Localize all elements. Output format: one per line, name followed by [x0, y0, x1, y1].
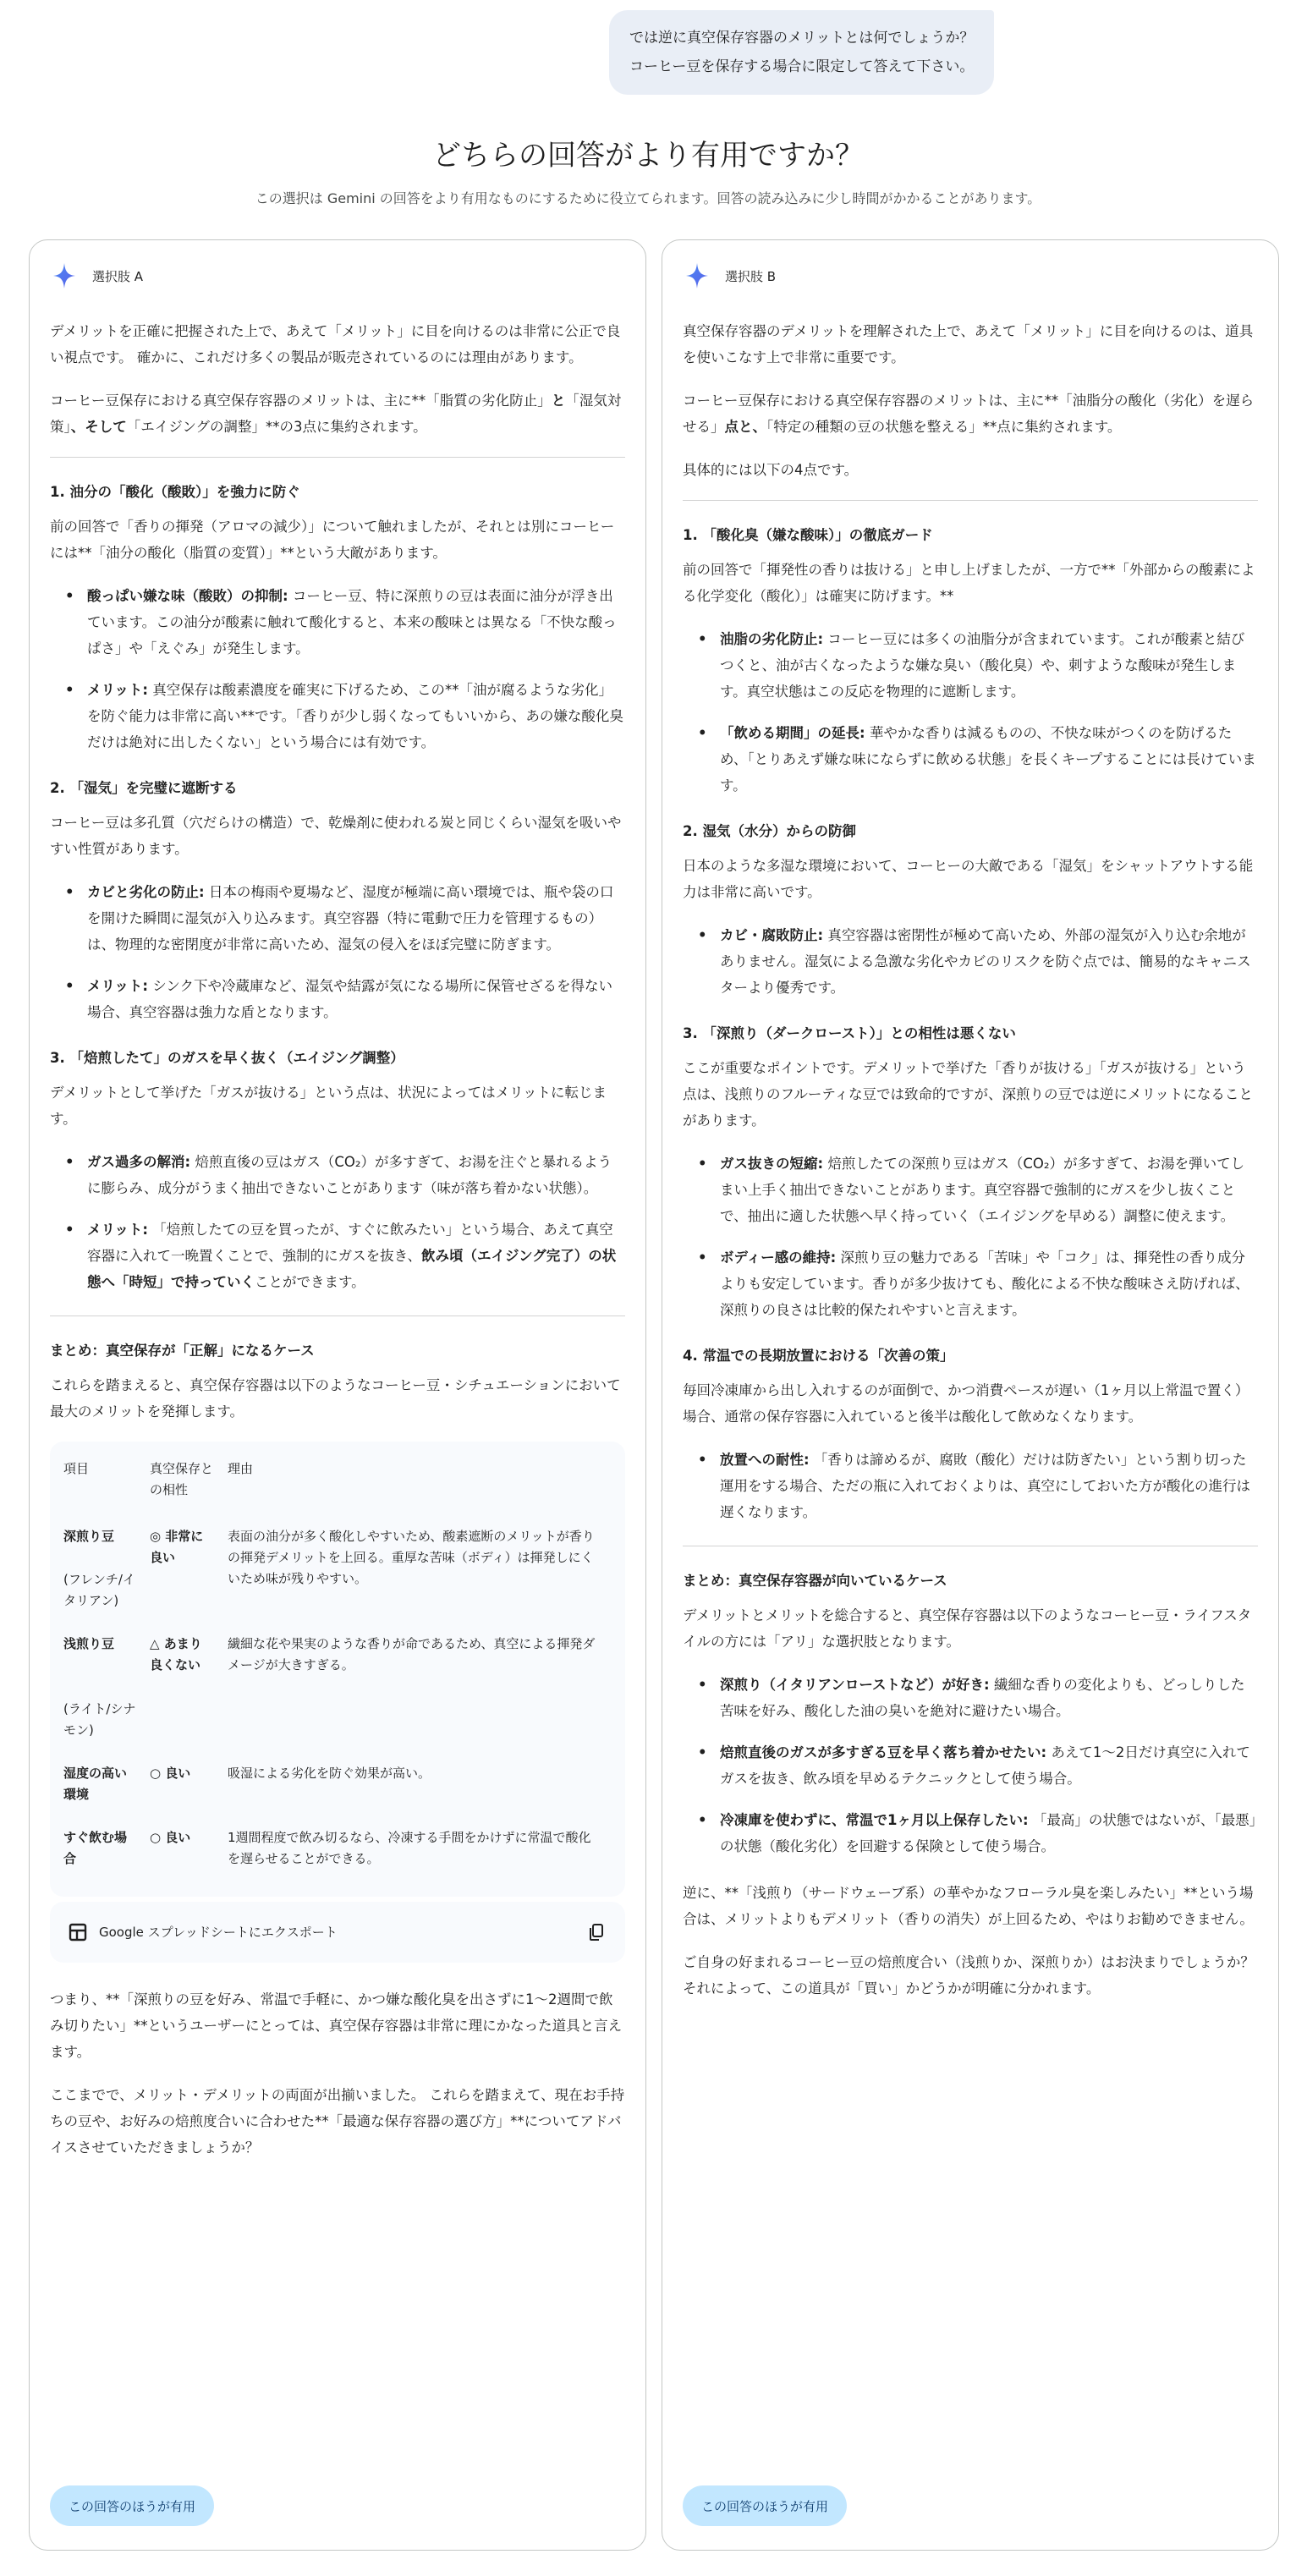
paragraph: コーヒー豆は多孔質（穴だらけの構造）で、乾燥剤に使われる炭と同じくらい湿気を吸い…: [50, 810, 625, 862]
column-header: 理由: [228, 1452, 612, 1519]
item-subtext: (ライト/シナモン): [63, 1699, 136, 1741]
table-grid-icon: [69, 1923, 87, 1942]
export-label: Google スプレッドシートにエクスポート: [99, 1920, 338, 1946]
list-item: 焙煎直後のガスが多すぎる豆を早く落ち着かせたい: あえて1〜2日だけ真空に入れて…: [720, 1739, 1258, 1792]
list-item: カビと劣化の防止: 日本の梅雨や夏場など、湿度が極端に高い環境では、瓶や袋の口を…: [87, 879, 625, 958]
table-row: 湿度の高い環境 ○ 良い 吸湿による劣化を防ぐ効果が高い。: [63, 1756, 612, 1821]
bullet-label: メリット:: [87, 978, 148, 994]
copy-icon: [588, 1923, 605, 1942]
prefer-option-a-button[interactable]: この回答のほうが有用: [50, 2485, 214, 2526]
bullet-label: ガス過多の解消:: [87, 1154, 190, 1170]
list-item: 放置への耐性: 「香りは諦めるが、腐敗（酸化）だけは防ぎたい」という割り切った運…: [720, 1447, 1258, 1525]
paragraph: つまり、**「深煎りの豆を好み、常温で手軽に、かつ嫌な酸化臭を出さずに1〜2週間…: [50, 1986, 625, 2065]
paragraph: コーヒー豆保存における真空保存容器のメリットは、主に**「脂質の劣化防止」と「湿…: [50, 387, 625, 440]
list-item: カビ・腐敗防止: 真空容器は密閉性が極めて高いため、外部の湿気が入り込む余地があ…: [720, 922, 1258, 1001]
bullet-list: 油脂の劣化防止: コーヒー豆には多くの油脂分が含まれています。これが酸素と結びつ…: [683, 626, 1258, 799]
comparison-table-container: 項目 真空保存との相性 理由 深煎り豆(フレンチ/イタリアン) ◎ 非常に良い …: [50, 1442, 625, 1897]
paragraph: 逆に、**「浅煎り（サードウェーブ系）の華やかなフローラル臭を楽しみたい」**と…: [683, 1880, 1258, 1932]
item-name: 浅煎り豆: [63, 1636, 114, 1651]
paragraph: ここまでで、メリット・デメリットの両面が出揃いました。 これらを踏まえて、現在お…: [50, 2082, 625, 2161]
section-heading: 2. 「湿気」を完璧に遮断する: [50, 776, 625, 801]
text: 「エイジングの調整」**の3点に集約されます。: [127, 419, 427, 435]
column-header: 真空保存との相性: [150, 1452, 228, 1519]
copy-table-button[interactable]: [586, 1922, 607, 1942]
page-subtitle: この選択は Gemini の回答をより有用なものにするために役立てられます。回答…: [0, 188, 1296, 207]
page-title: どちらの回答がより有用ですか？: [0, 134, 1296, 178]
column-header: 項目: [63, 1452, 150, 1519]
response-comparison: 選択肢 A デメリットを正確に把握された上で、あえて「メリット」に目を向けるのは…: [29, 239, 1279, 2551]
gemini-spark-icon: [53, 263, 75, 288]
section-heading: まとめ：真空保存容器が向いているケース: [683, 1568, 1258, 1594]
user-message-line: コーヒー豆を保存する場合に限定して答えて下さい。: [629, 52, 974, 81]
list-item: 冷凍庫を使わずに、常温で1ヶ月以上保存したい: 「最高」の状態ではないが、「最悪…: [720, 1807, 1258, 1859]
divider: [683, 500, 1258, 501]
bullet-list: ガス過多の解消: 焙煎直後の豆はガス（CO₂）が多すぎて、お湯を注ぐと暴れるよう…: [50, 1149, 625, 1295]
bullet-list: カビ・腐敗防止: 真空容器は密閉性が極めて高いため、外部の湿気が入り込む余地があ…: [683, 922, 1258, 1001]
section-heading: 3. 「焙煎したて」のガスを早く抜く（エイジング調整）: [50, 1046, 625, 1071]
bullet-label: 焙煎直後のガスが多すぎる豆を早く落ち着かせたい:: [720, 1744, 1046, 1760]
card-header: 選択肢 B: [686, 261, 1258, 291]
table-cell-rating: ○ 良い: [150, 1756, 228, 1821]
option-label: 選択肢 A: [92, 267, 143, 285]
list-item: メリット: 真空保存は酸素濃度を確実に下げるため、この**「油が腐るような劣化」…: [87, 677, 625, 755]
list-item: 深煎り（イタリアンローストなど）が好き: 繊細な香りの変化よりも、どっしりした苦…: [720, 1672, 1258, 1724]
bullet-label: 放置への耐性:: [720, 1452, 810, 1468]
rating: ○ 良い: [150, 1830, 190, 1845]
user-message-line: では逆に真空保存容器のメリットとは何でしょうか？: [629, 24, 974, 52]
rating: ◎ 非常に良い: [150, 1529, 203, 1565]
paragraph: これらを踏まえると、真空保存容器は以下のようなコーヒー豆・シチュエーションにおい…: [50, 1372, 625, 1425]
bullet-label: カビ・腐敗防止:: [720, 927, 823, 943]
table-cell-reason: 表面の油分が多く酸化しやすいため、酸素遮断のメリットが香りの揮発デメリットを上回…: [228, 1519, 612, 1627]
divider: [50, 457, 625, 458]
list-item: ボディー感の維持: 深煎り豆の魅力である「苦味」や「コク」は、揮発性の香り成分よ…: [720, 1244, 1258, 1323]
table-cell-item: 湿度の高い環境: [63, 1756, 150, 1821]
rating: △ あまり良くない: [150, 1636, 202, 1672]
section-heading: まとめ：真空保存が「正解」になるケース: [50, 1338, 625, 1364]
paragraph: ご自身の好まれるコーヒー豆の焙煎度合い（浅煎りか、深煎りか）はお決まりでしょうか…: [683, 1949, 1258, 2002]
response-card-b: 選択肢 B 真空保存容器のデメリットを理解された上で、あえて「メリット」に目を向…: [662, 239, 1279, 2551]
paragraph: デメリットを正確に把握された上で、あえて「メリット」に目を向けるのは非常に公正で…: [50, 318, 625, 371]
bullet-list: カビと劣化の防止: 日本の梅雨や夏場など、湿度が極端に高い環境では、瓶や袋の口を…: [50, 879, 625, 1025]
prefer-option-b-button[interactable]: この回答のほうが有用: [683, 2485, 847, 2526]
paragraph: 真空保存容器のデメリットを理解された上で、あえて「メリット」に目を向けるのは、道…: [683, 318, 1258, 371]
section-heading: 3. 「深煎り（ダークロースト）」との相性は悪くない: [683, 1021, 1258, 1046]
table-cell-item: 浅煎り豆(ライト/シナモン): [63, 1627, 150, 1756]
item-name: 湿度の高い環境: [63, 1766, 127, 1802]
bullet-list: 深煎り（イタリアンローストなど）が好き: 繊細な香りの変化よりも、どっしりした苦…: [683, 1672, 1258, 1859]
table-cell-reason: 吸湿による劣化を防ぐ効果が高い。: [228, 1756, 612, 1821]
table-cell-reason: 繊細な花や果実のような香りが命であるため、真空による揮発ダメージが大きすぎる。: [228, 1627, 612, 1756]
bullet-label: 油脂の劣化防止:: [720, 631, 823, 647]
bullet-text: 真空保存は酸素濃度を確実に下げるため、この**「油が腐るような劣化」を防ぐ能力は…: [87, 682, 623, 750]
bullet-label: ボディー感の維持:: [720, 1250, 836, 1266]
bullet-text: シンク下や冷蔵庫など、湿気や結露が気になる場所に保管せざるを得ない場合、真空容器…: [87, 978, 612, 1020]
section-heading: 1. 油分の「酸化（酸敗）」を強力に防ぐ: [50, 480, 625, 505]
text: コーヒー豆保存における真空保存容器のメリットは、主に**「脂質の劣化防止」: [50, 393, 552, 409]
bullet-label: カビと劣化の防止:: [87, 884, 205, 900]
table-cell-item: すぐ飲む場合: [63, 1821, 150, 1885]
paragraph: 毎回冷凍庫から出し入れするのが面倒で、かつ消費ペースが遅い（1ヶ月以上常温で置く…: [683, 1377, 1258, 1430]
item-name: 深煎り豆: [63, 1529, 114, 1544]
divider: [50, 1315, 625, 1316]
bullet-text: ことができます。: [255, 1274, 365, 1290]
bullet-label: ガス抜きの短縮:: [720, 1156, 823, 1172]
bullet-list: 酸っぱい嫌な味（酸敗）の抑制: コーヒー豆、特に深煎りの豆は表面に油分が浮き出て…: [50, 583, 625, 755]
paragraph: 具体的には以下の4点です。: [683, 457, 1258, 483]
bold-text: 、そして: [71, 419, 127, 435]
list-item: ガス過多の解消: 焙煎直後の豆はガス（CO₂）が多すぎて、お湯を注ぐと暴れるよう…: [87, 1149, 625, 1201]
response-body: 真空保存容器のデメリットを理解された上で、あえて「メリット」に目を向けるのは、道…: [683, 310, 1258, 2472]
bullet-label: 冷凍庫を使わずに、常温で1ヶ月以上保存したい:: [720, 1812, 1029, 1828]
paragraph: 前の回答で「香りの揮発（アロマの減少）」について触れましたが、それとは別にコーヒ…: [50, 514, 625, 566]
table-row: 深煎り豆(フレンチ/イタリアン) ◎ 非常に良い 表面の油分が多く酸化しやすいた…: [63, 1519, 612, 1627]
bullet-label: 酸っぱい嫌な味（酸敗）の抑制:: [87, 588, 288, 604]
list-item: 油脂の劣化防止: コーヒー豆には多くの油脂分が含まれています。これが酸素と結びつ…: [720, 626, 1258, 705]
bold-text: と: [552, 393, 566, 409]
option-label: 選択肢 B: [725, 267, 776, 285]
table-cell-rating: ○ 良い: [150, 1821, 228, 1885]
section-heading: 1. 「酸化臭（嫌な酸味）」の徹底ガード: [683, 523, 1258, 548]
paragraph: デメリットとメリットを総合すると、真空保存容器は以下のようなコーヒー豆・ライフス…: [683, 1602, 1258, 1655]
table-row: 浅煎り豆(ライト/シナモン) △ あまり良くない 繊細な花や果実のような香りが命…: [63, 1627, 612, 1756]
list-item: ガス抜きの短縮: 焙煎したての深煎り豆はガス（CO₂）が多すぎて、お湯を弾いてし…: [720, 1151, 1258, 1229]
table-row: すぐ飲む場合 ○ 良い 1週間程度で飲み切るなら、冷凍する手間をかけずに常温で酸…: [63, 1821, 612, 1885]
bullet-label: 深煎り（イタリアンローストなど）が好き:: [720, 1677, 990, 1693]
export-to-sheets-button[interactable]: Google スプレッドシートにエクスポート: [69, 1920, 338, 1946]
section-heading: 2. 湿気（水分）からの防御: [683, 819, 1258, 844]
paragraph: コーヒー豆保存における真空保存容器のメリットは、主に**「油脂分の酸化（劣化）を…: [683, 387, 1258, 440]
response-body: デメリットを正確に把握された上で、あえて「メリット」に目を向けるのは非常に公正で…: [50, 310, 625, 2472]
paragraph: ここが重要なポイントです。デメリットで挙げた「香りが抜ける」「ガスが抜ける」とい…: [683, 1055, 1258, 1134]
paragraph: デメリットとして挙げた「ガスが抜ける」という点は、状況によってはメリットに転じま…: [50, 1079, 625, 1132]
table-cell-rating: ◎ 非常に良い: [150, 1519, 228, 1627]
user-message: では逆に真空保存容器のメリットとは何でしょうか？ コーヒー豆を保存する場合に限定…: [609, 10, 994, 95]
item-subtext: (フレンチ/イタリアン): [63, 1569, 136, 1612]
bullet-list: 放置への耐性: 「香りは諦めるが、腐敗（酸化）だけは防ぎたい」という割り切った運…: [683, 1447, 1258, 1525]
table-cell-reason: 1週間程度で飲み切るなら、冷凍する手間をかけずに常温で酸化を遅らせることができる…: [228, 1821, 612, 1885]
bullet-list: ガス抜きの短縮: 焙煎したての深煎り豆はガス（CO₂）が多すぎて、お湯を弾いてし…: [683, 1151, 1258, 1323]
table-header-row: 項目 真空保存との相性 理由: [63, 1452, 612, 1519]
paragraph: 日本のような多湿な環境において、コーヒーの大敵である「湿気」をシャットアウトする…: [683, 853, 1258, 905]
bullet-label: メリット:: [87, 1222, 148, 1238]
comparison-table: 項目 真空保存との相性 理由 深煎り豆(フレンチ/イタリアン) ◎ 非常に良い …: [63, 1452, 612, 1885]
bold-text: 点と、: [725, 419, 767, 435]
table-cell-item: 深煎り豆(フレンチ/イタリアン): [63, 1519, 150, 1627]
divider: [683, 1546, 1258, 1546]
list-item: 「飲める期間」の延長: 華やかな香りは減るものの、不快な味がつくのを防げるため、…: [720, 720, 1258, 799]
user-message-bubble: では逆に真空保存容器のメリットとは何でしょうか？ コーヒー豆を保存する場合に限定…: [609, 10, 994, 95]
bullet-label: メリット:: [87, 682, 148, 698]
text: 「特定の種類の豆の状態を整える」**点に集約されます。: [766, 419, 1121, 435]
rating: ○ 良い: [150, 1766, 190, 1781]
section-heading: 4. 常温での長期放置における「次善の策」: [683, 1343, 1258, 1369]
list-item: メリット: 「焙煎したての豆を買ったが、すぐに飲みたい」という場合、あえて真空容…: [87, 1217, 625, 1295]
export-bar: Google スプレッドシートにエクスポート: [50, 1902, 625, 1963]
gemini-spark-icon: [686, 263, 708, 288]
bullet-label: 「飲める期間」の延長:: [720, 725, 865, 741]
response-card-a: 選択肢 A デメリットを正確に把握された上で、あえて「メリット」に目を向けるのは…: [29, 239, 646, 2551]
paragraph: 前の回答で「揮発性の香りは抜ける」と申し上げましたが、一方で**「外部からの酸素…: [683, 557, 1258, 609]
item-name: すぐ飲む場合: [63, 1830, 127, 1866]
list-item: 酸っぱい嫌な味（酸敗）の抑制: コーヒー豆、特に深煎りの豆は表面に油分が浮き出て…: [87, 583, 625, 662]
table-cell-rating: △ あまり良くない: [150, 1627, 228, 1756]
comparison-header: どちらの回答がより有用ですか？ この選択は Gemini の回答をより有用なもの…: [0, 134, 1296, 207]
list-item: メリット: シンク下や冷蔵庫など、湿気や結露が気になる場所に保管せざるを得ない場…: [87, 973, 625, 1025]
card-header: 選択肢 A: [53, 261, 625, 291]
